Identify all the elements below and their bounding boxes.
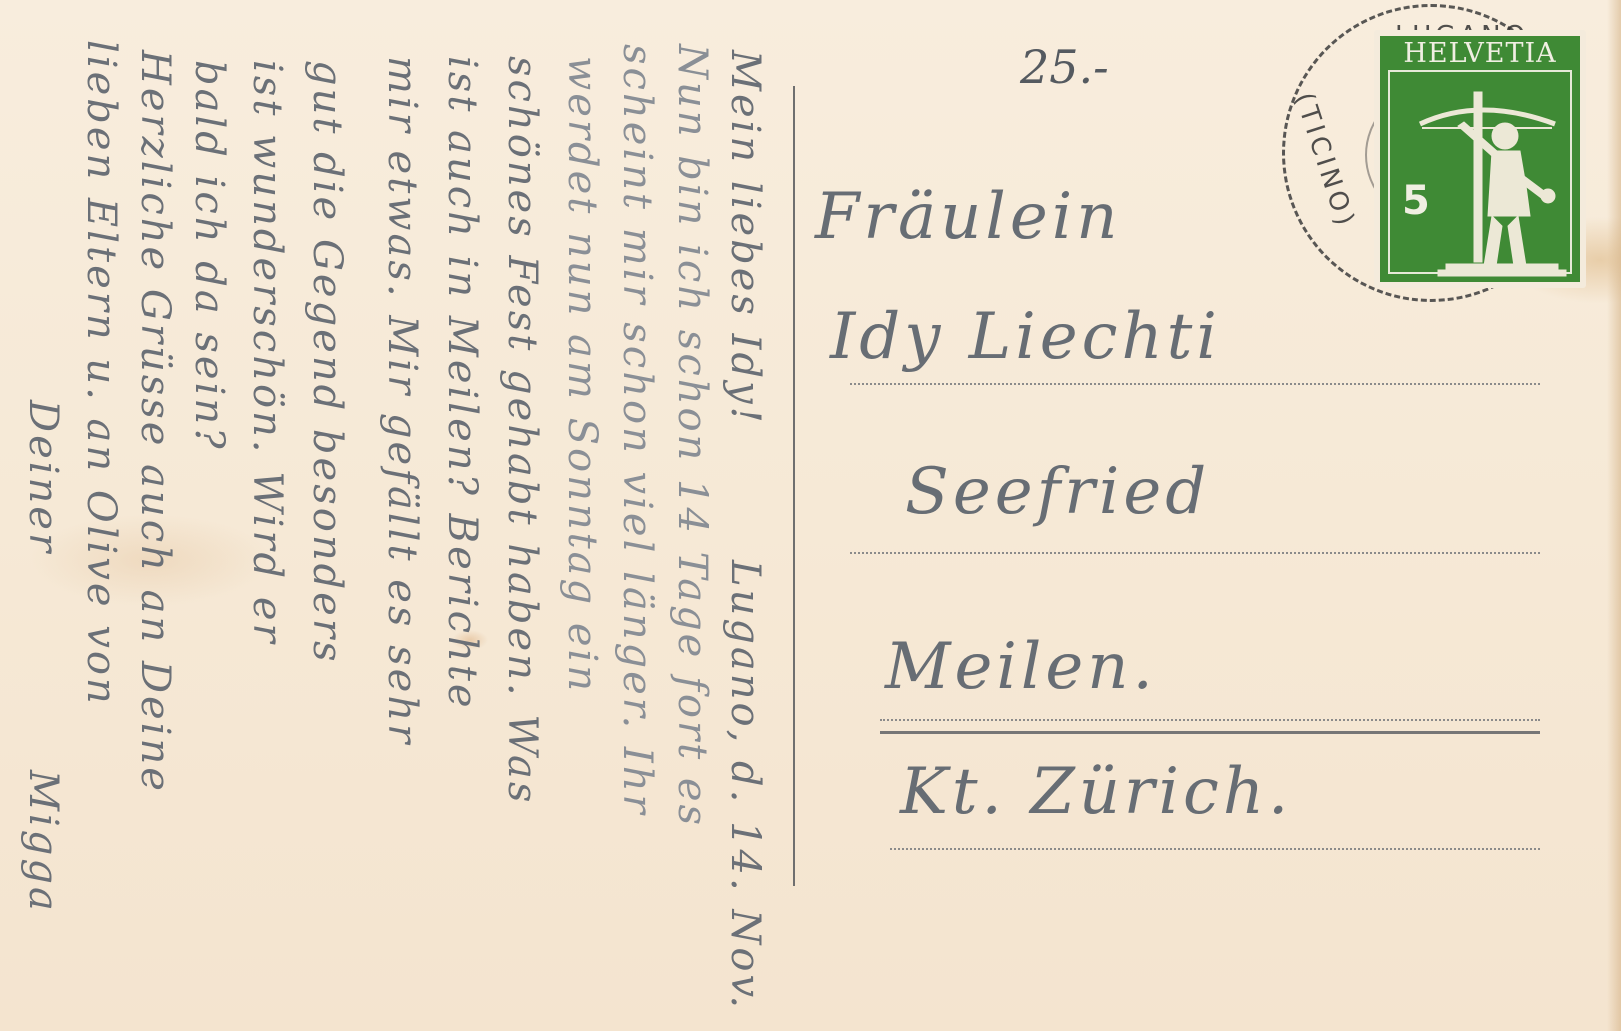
address-line-canton: Kt. Zürich. [900, 755, 1292, 829]
stamp-value: 5 [1402, 178, 1430, 224]
stamp-field: HELVETIA 5 [1380, 36, 1580, 282]
message-heading: Mein liebes Idy! [722, 50, 768, 426]
message-line: ist wunderschön. Wird er [244, 60, 290, 646]
stamp-country: HELVETIA [1380, 38, 1580, 69]
message-signature: Migga [20, 770, 66, 914]
address-dotted-line [850, 552, 1540, 554]
postcard: Mein liebes Idy! Lugano, d. 14. Nov. Nun… [0, 0, 1621, 1031]
message-line: mir etwas. Mir gefällt es sehr [379, 56, 425, 746]
address-line-name: Idy Liechti [830, 300, 1221, 374]
message-line: bald ich da sein? [186, 60, 232, 452]
postmark-region: (TICINO) [1288, 89, 1360, 233]
divider-line [793, 86, 795, 886]
worn-edge [1607, 0, 1621, 1031]
message-line: gut die Gegend besonders [304, 60, 350, 665]
address-underline [880, 731, 1540, 734]
message-line: Nun bin ich schon 14 Tage fort es [669, 44, 715, 828]
postage-stamp: HELVETIA 5 [1374, 30, 1586, 288]
message-closing: Deiner [20, 400, 66, 555]
message-line: ist auch in Meilen? Berichte [439, 56, 485, 711]
crossbow-boy-icon [1380, 66, 1580, 282]
address-line-street: Seefried [905, 455, 1210, 529]
address-line-recipient-title: Fräulein [815, 180, 1121, 254]
message-line: scheint mir schon viel länger. Ihr [614, 44, 660, 817]
address-dotted-line [850, 383, 1540, 385]
message-line: werdet nun am Sonntag ein [559, 56, 605, 694]
message-line: Herzliche Grüsse auch an Deine [132, 50, 178, 794]
address-line-town: Meilen. [885, 630, 1157, 704]
price-note: 25.- [1020, 40, 1109, 94]
message-line: lieben Eltern u. an Olive von [78, 40, 124, 707]
message-line: schönes Fest gehabt haben. Was [499, 56, 545, 805]
address-dotted-line [880, 719, 1540, 721]
message-place-date: Lugano, d. 14. Nov. [722, 560, 768, 1011]
address-dotted-line [890, 848, 1540, 850]
